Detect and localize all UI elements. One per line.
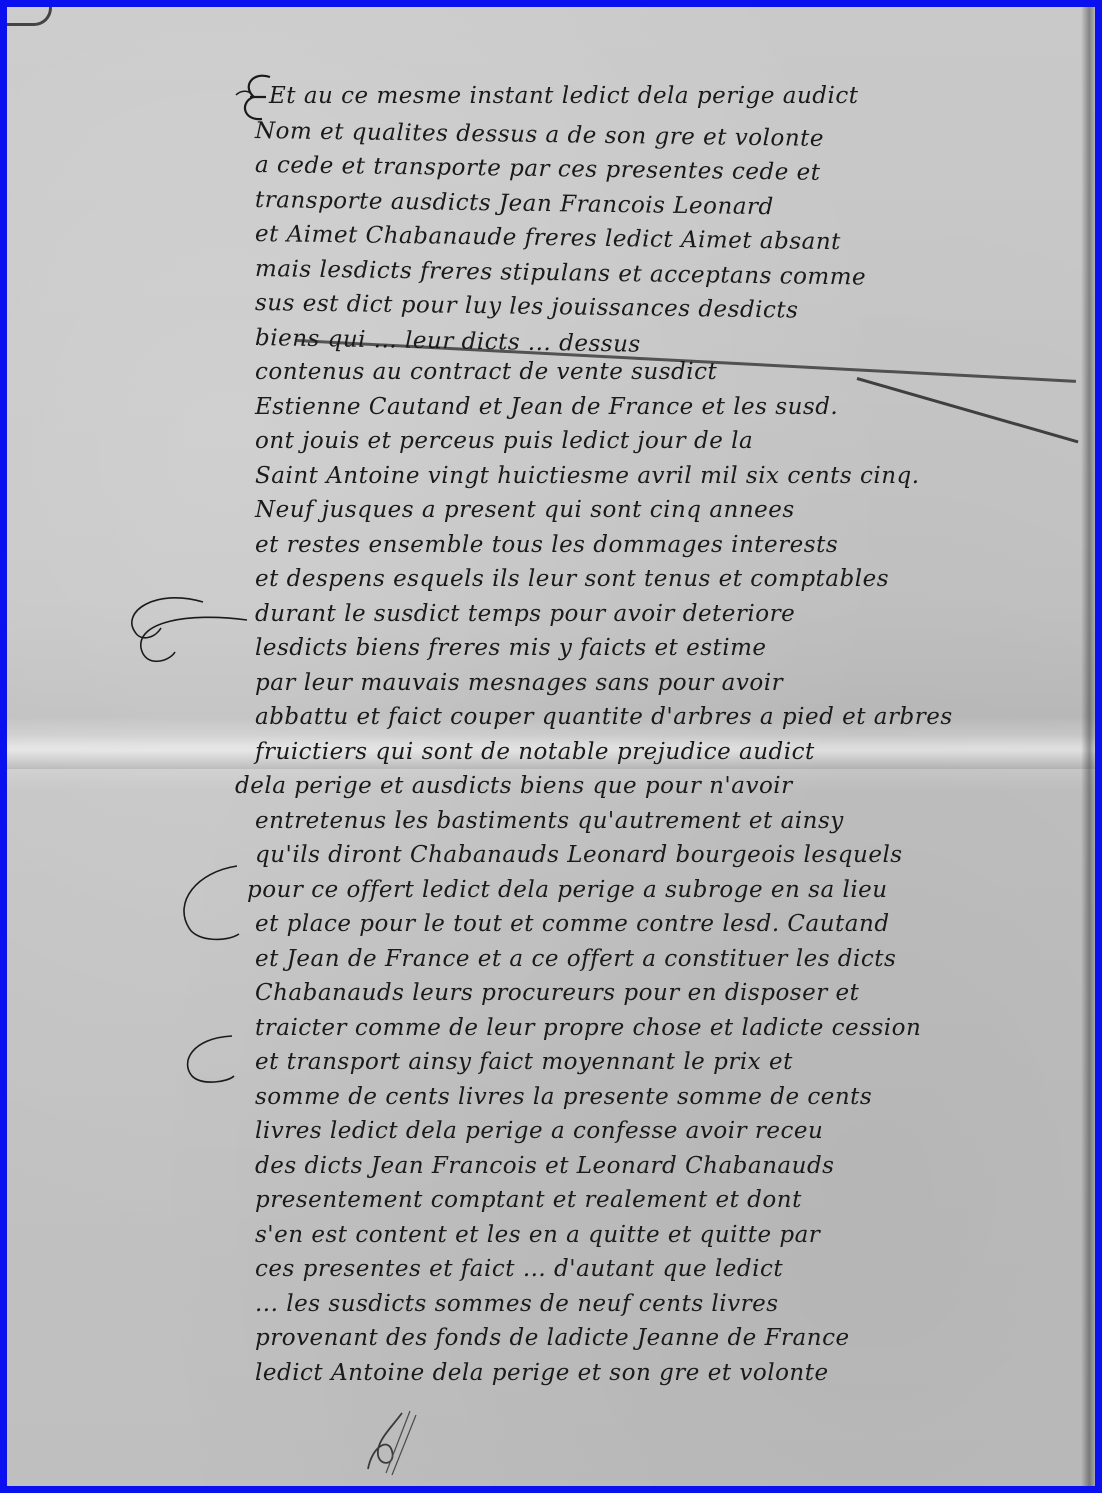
margin-flourish-icon bbox=[167, 862, 247, 952]
manuscript-line: Chabanauds leurs procureurs pour en disp… bbox=[255, 976, 1095, 1011]
manuscript-line: ces presentes et faict ... d'autant que … bbox=[255, 1252, 1095, 1287]
manuscript-line: somme de cents livres la presente somme … bbox=[255, 1080, 1095, 1115]
manuscript-line: et restes ensemble tous les dommages int… bbox=[255, 528, 1095, 563]
manuscript-line: presentement comptant et realement et do… bbox=[255, 1183, 1095, 1218]
manuscript-line: Estienne Cautand et Jean de France et le… bbox=[255, 390, 1095, 425]
margin-flourish-icon bbox=[127, 612, 257, 672]
margin-flourish-icon bbox=[172, 1032, 252, 1092]
manuscript-line: lesdicts biens freres mis y faicts et es… bbox=[255, 631, 1095, 666]
manuscript-line: ... les susdicts sommes de neuf cents li… bbox=[255, 1287, 1095, 1322]
manuscript-line: et transport ainsy faict moyennant le pr… bbox=[255, 1045, 1095, 1080]
manuscript-line: Neuf jusques a present qui sont cinq ann… bbox=[255, 493, 1095, 528]
manuscript-line: ledict Antoine dela perige et son gre et… bbox=[255, 1356, 1095, 1391]
manuscript-line: et Jean de France et a ce offert a const… bbox=[255, 942, 1095, 977]
manuscript-line: qu'ils diront Chabanauds Leonard bourgeo… bbox=[255, 838, 1095, 873]
manuscript-line: traicter comme de leur propre chose et l… bbox=[255, 1011, 1095, 1046]
manuscript-line: durant le susdict temps pour avoir deter… bbox=[255, 597, 1095, 632]
manuscript-line: par leur mauvais mesnages sans pour avoi… bbox=[255, 666, 1095, 701]
manuscript-line: livres ledict dela perige a confesse avo… bbox=[255, 1114, 1095, 1149]
manuscript-line: s'en est content et les en a quitte et q… bbox=[255, 1218, 1095, 1253]
manuscript-line: fruictiers qui sont de notable prejudice… bbox=[255, 735, 1095, 770]
manuscript-line: pour ce offert ledict dela perige a subr… bbox=[247, 873, 1095, 908]
manuscript-line: Et au ce mesme instant ledict dela perig… bbox=[269, 79, 1095, 114]
torn-corner bbox=[7, 7, 52, 26]
signature-paraphe-icon bbox=[362, 1407, 422, 1477]
manuscript-line: et despens esquels ils leur sont tenus e… bbox=[255, 562, 1095, 597]
manuscript-line: des dicts Jean Francois et Leonard Chaba… bbox=[255, 1149, 1095, 1184]
manuscript-line: entretenus les bastiments qu'autrement e… bbox=[255, 804, 1095, 839]
manuscript-line: et place pour le tout et comme contre le… bbox=[255, 907, 1095, 942]
manuscript-line: dela perige et ausdicts biens que pour n… bbox=[235, 769, 1095, 804]
manuscript-line: Saint Antoine vingt huictiesme avril mil… bbox=[255, 459, 1095, 494]
manuscript-line: ont jouis et perceus puis ledict jour de… bbox=[255, 424, 1095, 459]
manuscript-line: provenant des fonds de ladicte Jeanne de… bbox=[255, 1321, 1095, 1356]
document-page: Et au ce mesme instant ledict dela perig… bbox=[7, 7, 1095, 1486]
manuscript-line: abbattu et faict couper quantite d'arbre… bbox=[255, 700, 1095, 735]
manuscript-text: Et au ce mesme instant ledict dela perig… bbox=[255, 79, 1095, 1390]
